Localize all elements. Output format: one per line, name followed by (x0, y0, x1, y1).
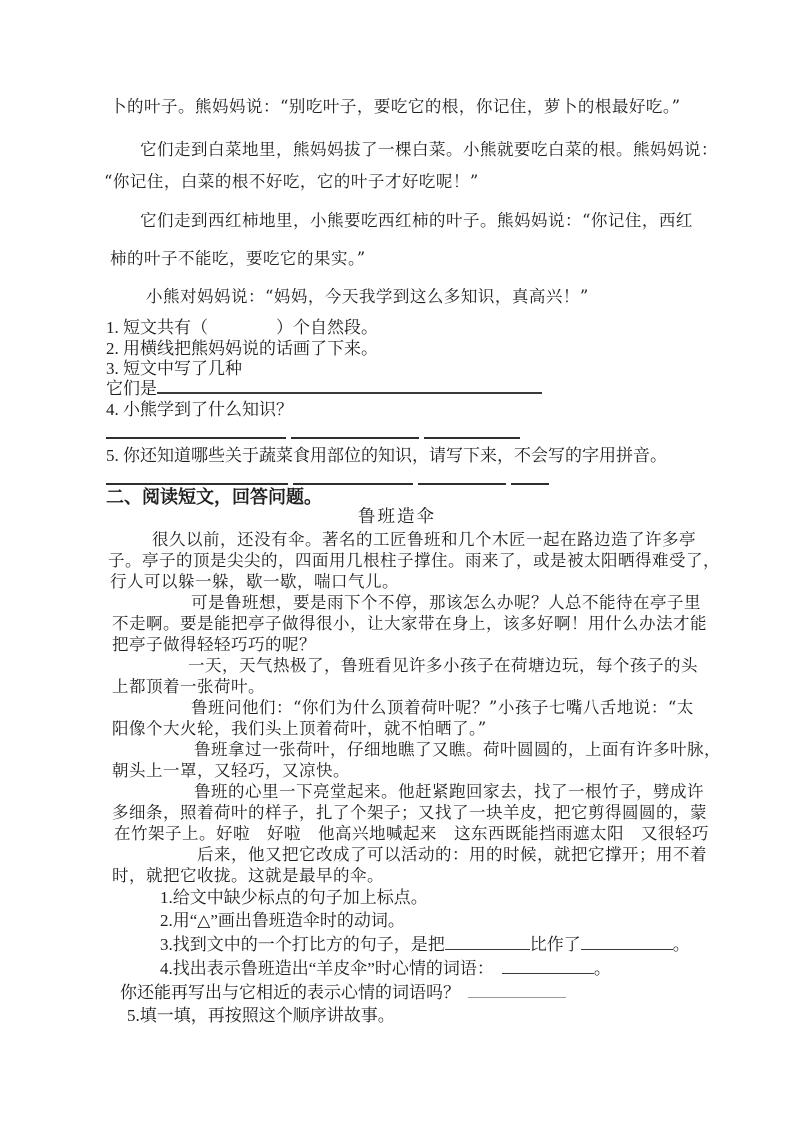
story-line: 时，就把它收拢。这就是最早的伞。 (112, 864, 384, 888)
fill-prefix: 它们是 (106, 379, 157, 398)
answer-blank[interactable] (106, 429, 286, 439)
question-line: 4. 小熊学到了什么知识？ (106, 398, 293, 422)
question-text: 3.找到文中的一个打比方的句子，是把 (160, 935, 445, 954)
question-line: 2.用“△”画出鲁班造伞时的动词。 (160, 909, 405, 933)
answer-blank[interactable] (424, 429, 520, 439)
answer-blank[interactable] (511, 475, 549, 485)
answer-blank-row[interactable] (106, 429, 520, 437)
story-line: 它们走到西红柿地里，小熊要吃西红柿的叶子。熊妈妈说：“你记住，西红 (140, 209, 693, 233)
story-line: 柿的叶子不能吃，要吃它的果实。” (110, 247, 366, 271)
passage-title: 鲁班造伞 (104, 505, 690, 529)
question-text: 你还能再写出与它相近的表示心情的词语吗？ (120, 983, 460, 1002)
story-line: 它们走到白菜地里，熊妈妈拔了一棵白菜。小熊就要吃白菜的根。熊妈妈说： (140, 138, 718, 162)
question-line: 你还能再写出与它相近的表示心情的词语吗？ (120, 981, 566, 1005)
question-line: 1.给文中缺少标点的句子加上标点。 (160, 886, 428, 910)
answer-blank[interactable] (445, 934, 530, 950)
question-line: 5.填一填，再按照这个顺序讲故事。 (127, 1004, 395, 1028)
story-line: “你记住，白菜的根不好吃，它的叶子才好吃呢！” (104, 170, 479, 194)
question-line: 5. 你还知道哪些关于蔬菜食用部位的知识，请写下来，不会写的字用拼音。 (106, 444, 667, 468)
answer-blank[interactable] (581, 934, 673, 950)
story-line: 小熊对妈妈说：“妈妈，今天我学到这么多知识，真高兴！” (146, 285, 589, 309)
answer-blank[interactable] (502, 958, 594, 974)
answer-blank[interactable] (106, 475, 288, 485)
question-text: 4.找出表示鲁班造出“羊皮伞”时心情的词语： (160, 959, 494, 978)
answer-blank[interactable] (418, 475, 506, 485)
answer-blank-row[interactable] (106, 475, 549, 483)
document-page: 卜的叶子。熊妈妈说：“别吃叶子，要吃它的根，你记住，萝卜的根最好吃。” 它们走到… (0, 0, 793, 1122)
answer-blank[interactable] (468, 982, 566, 998)
question-text: 。 (594, 959, 611, 978)
question-text: 。 (673, 935, 690, 954)
answer-blank[interactable] (293, 475, 413, 485)
answer-blank[interactable] (291, 429, 419, 439)
answer-blank[interactable] (157, 377, 542, 394)
question-line: 4.找出表示鲁班造出“羊皮伞”时心情的词语：。 (160, 957, 611, 981)
question-text: 比作了 (530, 935, 581, 954)
story-line: 卜的叶子。熊妈妈说：“别吃叶子，要吃它的根，你记住，萝卜的根最好吃。” (110, 95, 681, 119)
question-line: 3.找到文中的一个打比方的句子，是把比作了。 (160, 933, 690, 957)
